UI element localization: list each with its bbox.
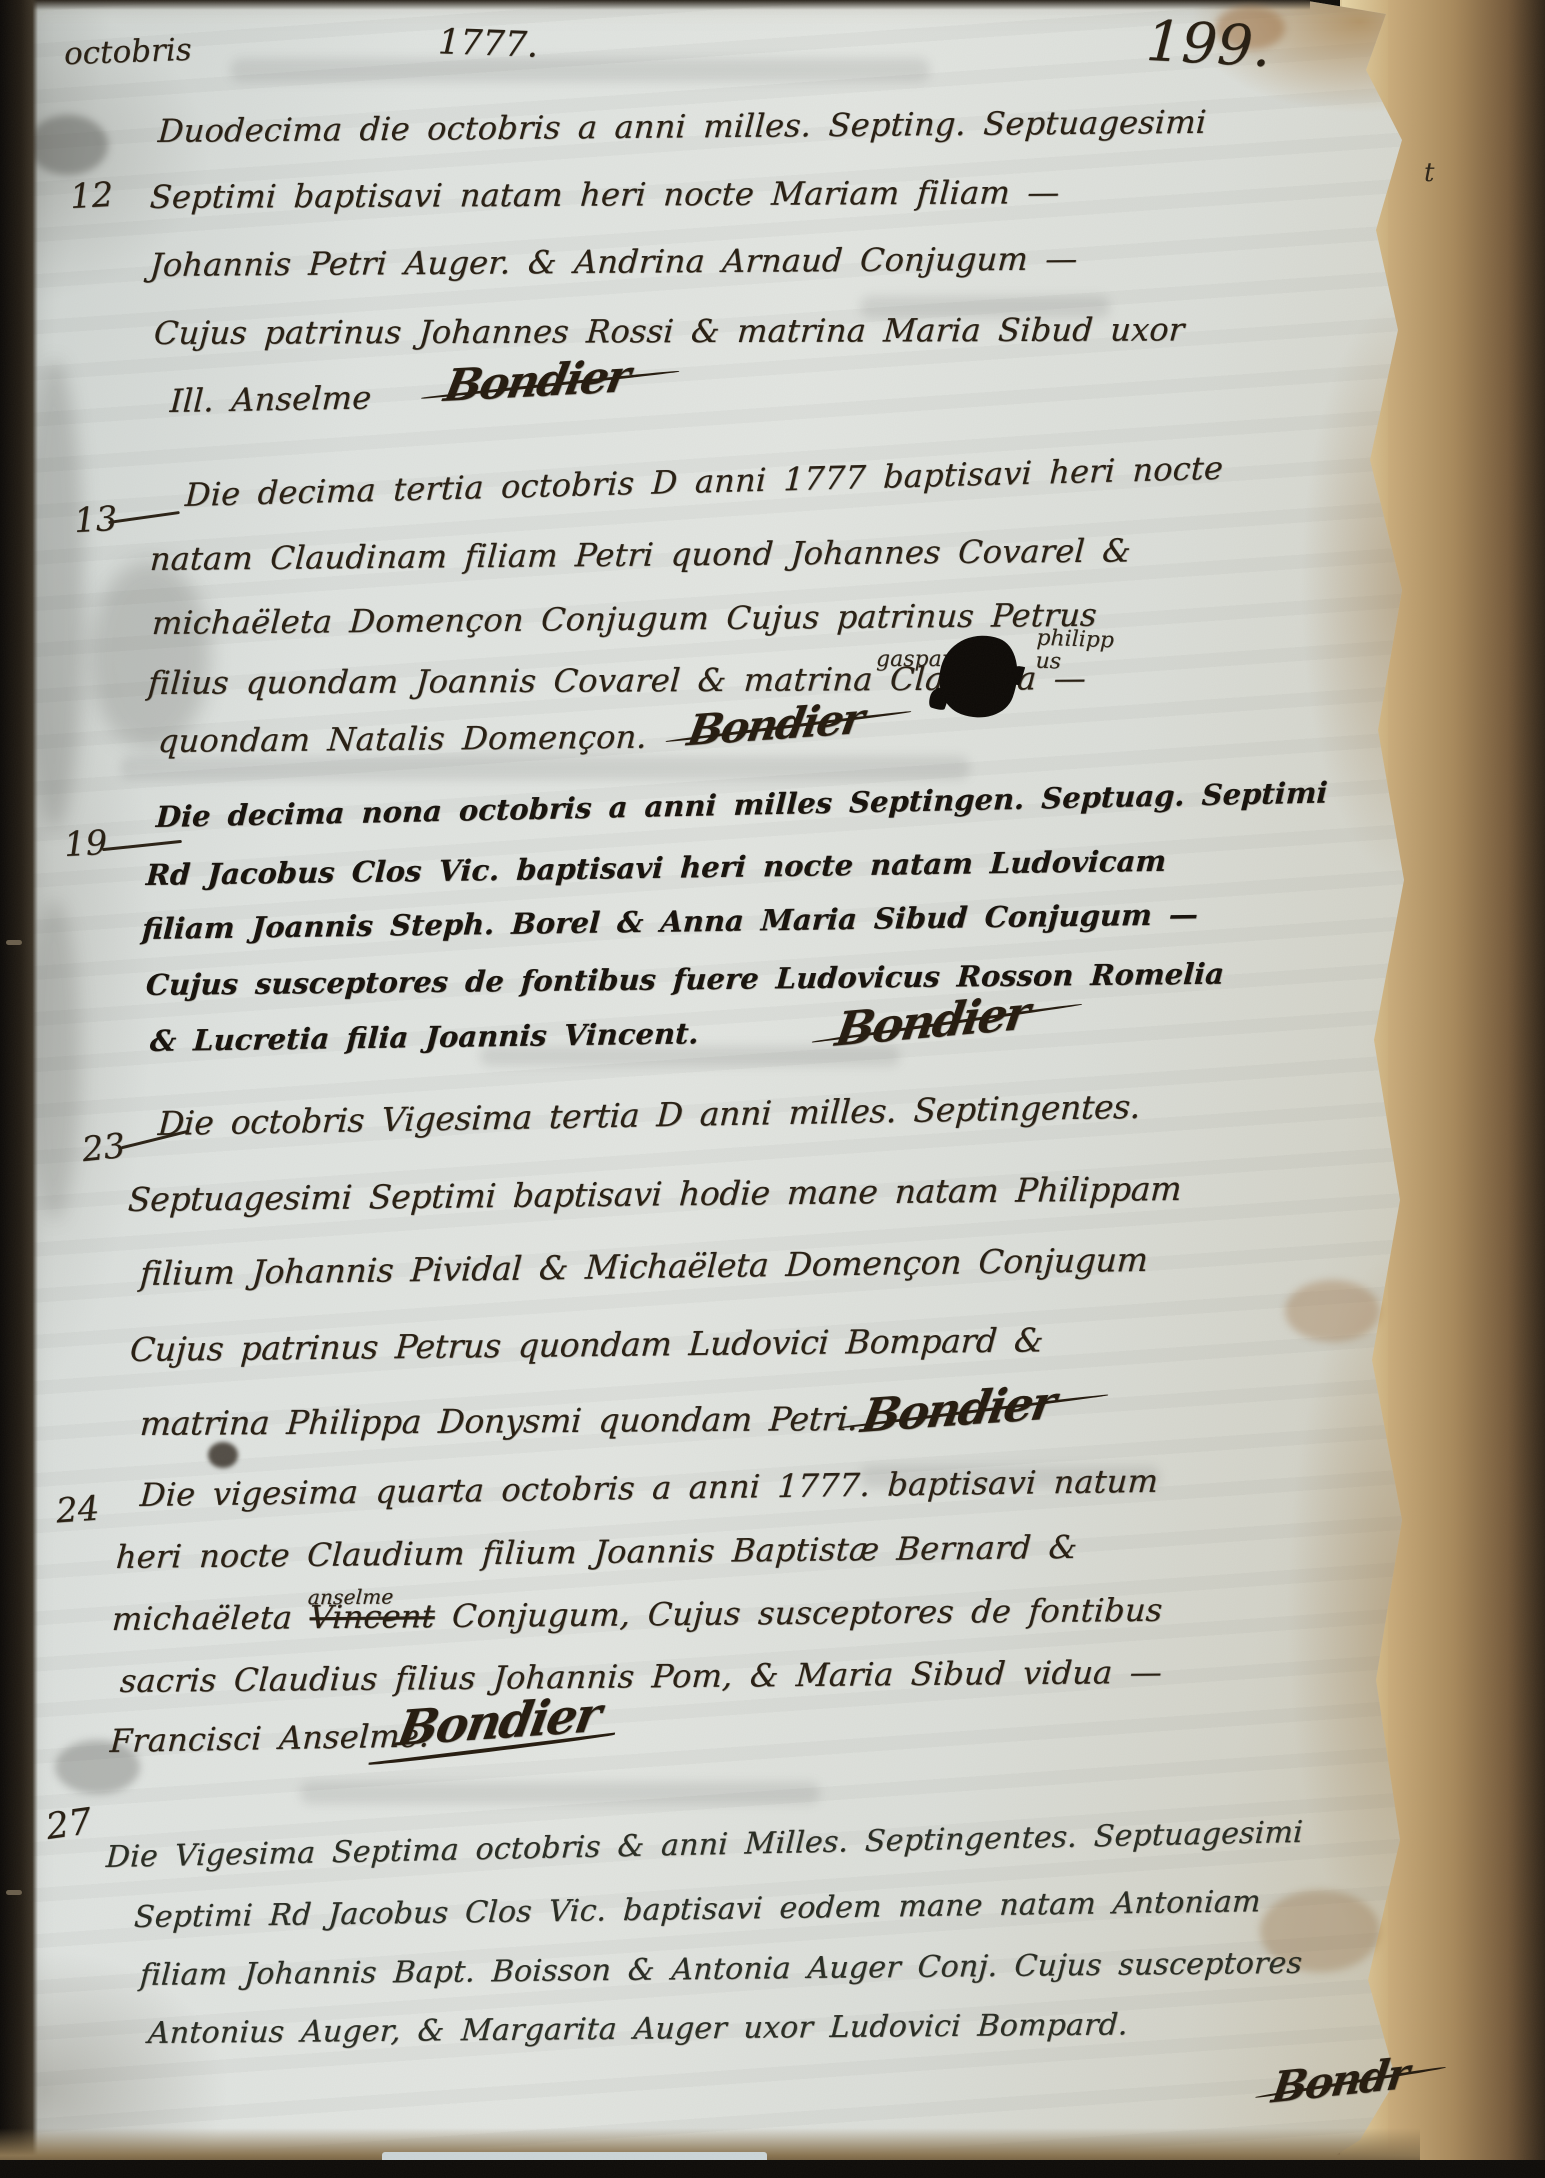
entry-margin-number: 12 xyxy=(69,175,114,217)
entry-margin-number: 19 xyxy=(63,823,108,865)
book-binding-gutter xyxy=(0,0,38,2178)
scan-bottom-border xyxy=(0,2160,1545,2178)
entry-text-line: matrina Philippa Donysmi quondam Petri. xyxy=(139,1399,859,1443)
edge-mark: t xyxy=(1424,158,1434,188)
entry-text-line: quondam Natalis Domençon. xyxy=(157,718,648,760)
year-heading: 1777. xyxy=(437,22,539,65)
entry-text-line: Francisci Anselme. xyxy=(109,1716,430,1760)
entry-text-line: Ill. Anselme xyxy=(169,378,372,420)
entry-text-line: Cujus patrinus Johannes Rossi & matrina … xyxy=(153,310,1186,352)
binding-stitch xyxy=(6,940,22,945)
marginal-note: philippus xyxy=(1035,627,1115,676)
top-shadow-edge xyxy=(0,0,1310,10)
correction-before: michaëleta xyxy=(111,1598,311,1638)
folio-number: 199. xyxy=(1144,9,1272,80)
scanned-register-page: octobris 1777. 199. t 12 Duodecima die o… xyxy=(0,0,1545,2178)
correction-after: Conjugum, Cujus susceptores de fontibus xyxy=(434,1591,1164,1635)
entry-text-line: Johannis Petri Auger. & Andrina Arnaud C… xyxy=(149,240,1079,284)
priest-signature: Bondier xyxy=(440,351,633,412)
entry-margin-number: 27 xyxy=(43,1801,94,1848)
interlinear-correction: anselme xyxy=(307,1585,308,1609)
month-heading: octobris xyxy=(63,32,192,72)
entry-margin-number: 24 xyxy=(55,1489,101,1532)
entry-text-line: Septimi baptisavi natam heri nocte Maria… xyxy=(149,173,1061,216)
binding-stitch xyxy=(6,1890,22,1895)
